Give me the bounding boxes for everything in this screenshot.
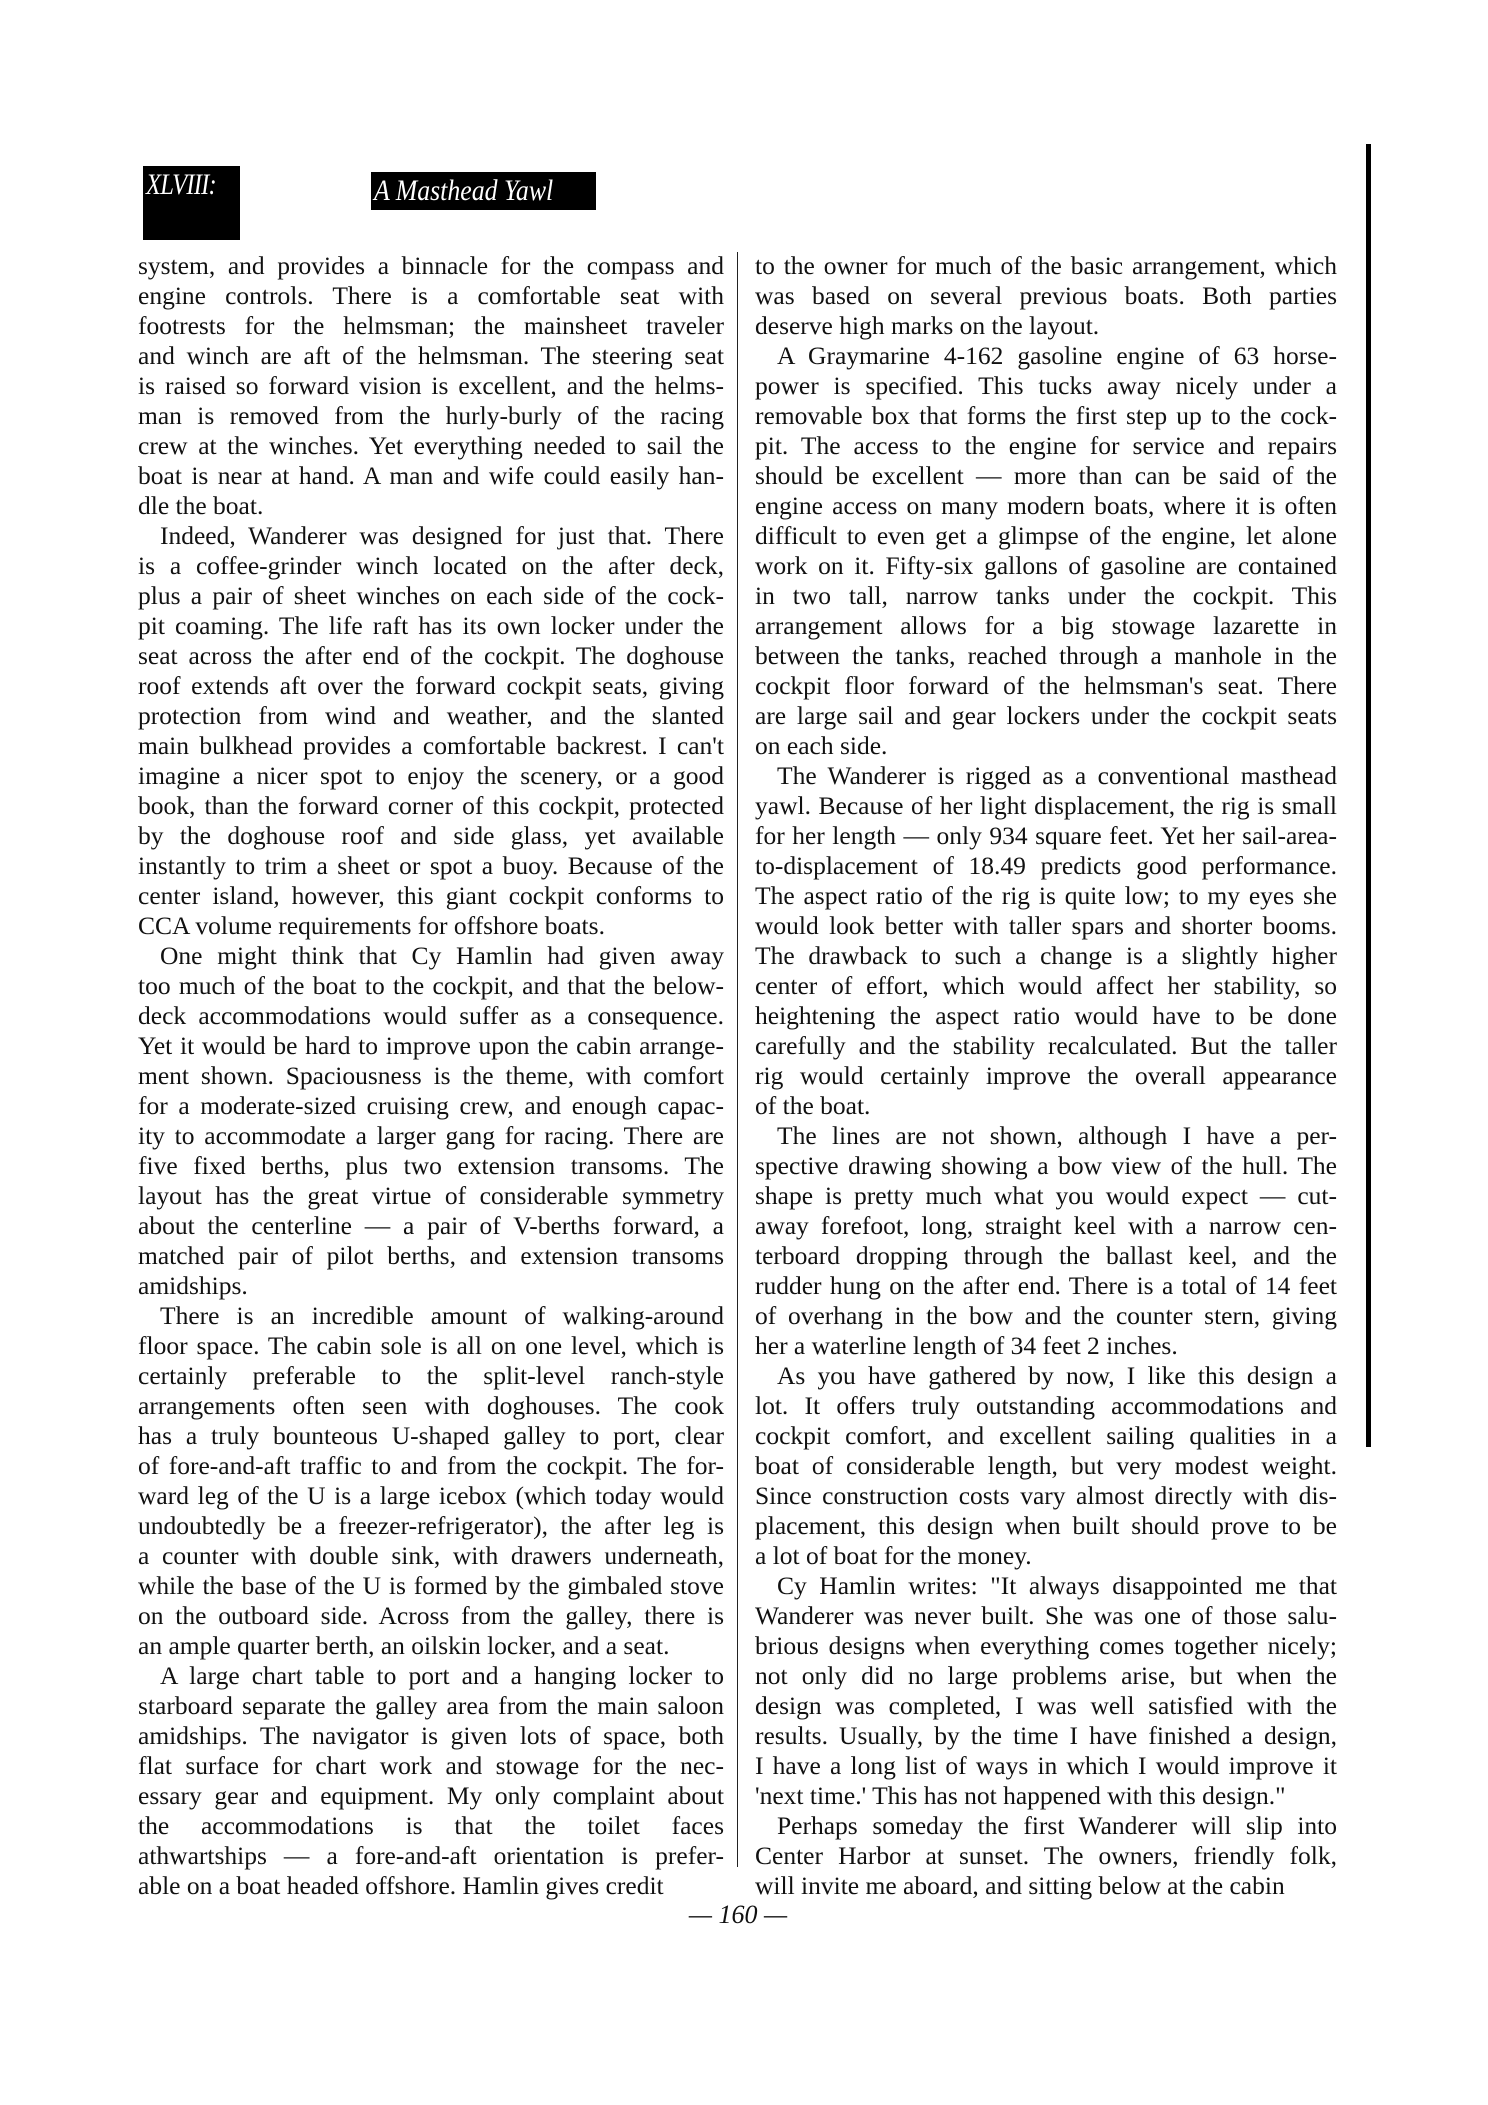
text-line: rudder hung on the after end. There is a… xyxy=(755,1271,1337,1301)
text-line: engine controls. There is a comfortable … xyxy=(138,281,724,311)
text-line: a lot of boat for the money. xyxy=(755,1541,1337,1571)
text-line: protection from wind and weather, and th… xyxy=(138,701,724,731)
text-line: main bulkhead provides a comfortable bac… xyxy=(138,731,724,761)
text-line: difficult to even get a glimpse of the e… xyxy=(755,521,1337,551)
chapter-number: XLVIII: xyxy=(146,168,216,202)
text-line: The Wanderer is rigged as a conventional… xyxy=(755,761,1337,791)
text-line: system, and provides a binnacle for the … xyxy=(138,251,724,281)
text-line: would look better with taller spars and … xyxy=(755,911,1337,941)
text-line: Yet it would be hard to improve upon the… xyxy=(138,1031,724,1061)
text-line: of overhang in the bow and the counter s… xyxy=(755,1301,1337,1331)
text-line: The aspect ratio of the rig is quite low… xyxy=(755,881,1337,911)
text-line: while the base of the U is formed by the… xyxy=(138,1571,724,1601)
text-line: Perhaps someday the first Wanderer will … xyxy=(755,1811,1337,1841)
text-line: deck accommodations would suffer as a co… xyxy=(138,1001,724,1031)
text-line: layout has the great virtue of considera… xyxy=(138,1181,724,1211)
text-line: able on a boat headed offshore. Hamlin g… xyxy=(138,1871,724,1901)
text-line: certainly preferable to the split-level … xyxy=(138,1361,724,1391)
chapter-number-box: XLVIII: xyxy=(143,166,240,240)
text-line: for her length — only 934 square feet. Y… xyxy=(755,821,1337,851)
text-line: brious designs when everything comes tog… xyxy=(755,1631,1337,1661)
text-line: terboard dropping through the ballast ke… xyxy=(755,1241,1337,1271)
text-line: center of effort, which would affect her… xyxy=(755,971,1337,1001)
text-line: on each side. xyxy=(755,731,1337,761)
text-line: athwartships — a fore-and-aft orientatio… xyxy=(138,1841,724,1871)
text-line: to-displacement of 18.49 predicts good p… xyxy=(755,851,1337,881)
text-line: A large chart table to port and a hangin… xyxy=(138,1661,724,1691)
text-line: seat across the after end of the cockpit… xyxy=(138,641,724,671)
text-line: is a coffee-grinder winch located on the… xyxy=(138,551,724,581)
text-line: about the centerline — a pair of V-berth… xyxy=(138,1211,724,1241)
text-line: shape is pretty much what you would expe… xyxy=(755,1181,1337,1211)
text-line: has a truly bounteous U-shaped galley to… xyxy=(138,1421,724,1451)
text-line: man is removed from the hurly-burly of t… xyxy=(138,401,724,431)
text-line: ity to accommodate a larger gang for rac… xyxy=(138,1121,724,1151)
text-line: CCA volume requirements for offshore boa… xyxy=(138,911,724,941)
text-line: roof extends aft over the forward cockpi… xyxy=(138,671,724,701)
text-line: power is specified. This tucks away nice… xyxy=(755,371,1337,401)
text-line: will invite me aboard, and sitting below… xyxy=(755,1871,1337,1901)
text-line: Wanderer was never built. She was one of… xyxy=(755,1601,1337,1631)
text-line: yawl. Because of her light displacement,… xyxy=(755,791,1337,821)
text-line: was based on several previous boats. Bot… xyxy=(755,281,1337,311)
text-line: center island, however, this giant cockp… xyxy=(138,881,724,911)
text-line: crew at the winches. Yet everything need… xyxy=(138,431,724,461)
text-line: cockpit comfort, and excellent sailing q… xyxy=(755,1421,1337,1451)
text-line: dle the boat. xyxy=(138,491,724,521)
text-line: As you have gathered by now, I like this… xyxy=(755,1361,1337,1391)
text-line: for a moderate-sized cruising crew, and … xyxy=(138,1091,724,1121)
text-line: A Graymarine 4-162 gasoline engine of 63… xyxy=(755,341,1337,371)
text-line: spective drawing showing a bow view of t… xyxy=(755,1151,1337,1181)
text-line: her a waterline length of 34 feet 2 inch… xyxy=(755,1331,1337,1361)
text-line: away forefoot, long, straight keel with … xyxy=(755,1211,1337,1241)
text-line: placement, this design when built should… xyxy=(755,1511,1337,1541)
text-line: of fore-and-aft traffic to and from the … xyxy=(138,1451,724,1481)
text-line: cockpit floor forward of the helmsman's … xyxy=(755,671,1337,701)
text-line: One might think that Cy Hamlin had given… xyxy=(138,941,724,971)
text-line: undoubtedly be a freezer-refrigerator), … xyxy=(138,1511,724,1541)
text-line: Indeed, Wanderer was designed for just t… xyxy=(138,521,724,551)
text-line: pit coaming. The life raft has its own l… xyxy=(138,611,724,641)
text-line: floor space. The cabin sole is all on on… xyxy=(138,1331,724,1361)
text-line: a counter with double sink, with drawers… xyxy=(138,1541,724,1571)
text-line: engine access on many modern boats, wher… xyxy=(755,491,1337,521)
text-line: arrangements often seen with doghouses. … xyxy=(138,1391,724,1421)
left-column: system, and provides a binnacle for the … xyxy=(138,251,724,1901)
text-line: plus a pair of sheet winches on each sid… xyxy=(138,581,724,611)
text-line: ment shown. Spaciousness is the theme, w… xyxy=(138,1061,724,1091)
text-line: carefully and the stability recalculated… xyxy=(755,1031,1337,1061)
text-line: deserve high marks on the layout. xyxy=(755,311,1337,341)
text-line: starboard separate the galley area from … xyxy=(138,1691,724,1721)
text-line: rig would certainly improve the overall … xyxy=(755,1061,1337,1091)
text-line: pit. The access to the engine for servic… xyxy=(755,431,1337,461)
text-line: to the owner for much of the basic arran… xyxy=(755,251,1337,281)
text-line: the accommodations is that the toilet fa… xyxy=(138,1811,724,1841)
text-line: amidships. xyxy=(138,1271,724,1301)
text-line: an ample quarter berth, an oilskin locke… xyxy=(138,1631,724,1661)
text-line: instantly to trim a sheet or spot a buoy… xyxy=(138,851,724,881)
text-line: too much of the boat to the cockpit, and… xyxy=(138,971,724,1001)
text-line: boat is near at hand. A man and wife cou… xyxy=(138,461,724,491)
text-line: work on it. Fifty-six gallons of gasolin… xyxy=(755,551,1337,581)
text-line: five fixed berths, plus two extension tr… xyxy=(138,1151,724,1181)
text-line: I have a long list of ways in which I wo… xyxy=(755,1751,1337,1781)
column-divider xyxy=(737,252,738,1867)
page-edge-bar xyxy=(1366,144,1371,1447)
text-line: 'next time.' This has not happened with … xyxy=(755,1781,1337,1811)
text-line: of the boat. xyxy=(755,1091,1337,1121)
text-line: Cy Hamlin writes: "It always disappointe… xyxy=(755,1571,1337,1601)
text-line: arrangement allows for a big stowage laz… xyxy=(755,611,1337,641)
text-line: on the outboard side. Across from the ga… xyxy=(138,1601,724,1631)
text-line: results. Usually, by the time I have fin… xyxy=(755,1721,1337,1751)
text-line: footrests for the helmsman; the mainshee… xyxy=(138,311,724,341)
text-line: removable box that forms the first step … xyxy=(755,401,1337,431)
text-line: by the doghouse roof and side glass, yet… xyxy=(138,821,724,851)
text-line: in two tall, narrow tanks under the cock… xyxy=(755,581,1337,611)
text-line: The drawback to such a change is a sligh… xyxy=(755,941,1337,971)
text-line: between the tanks, reached through a man… xyxy=(755,641,1337,671)
text-line: The lines are not shown, although I have… xyxy=(755,1121,1337,1151)
text-line: ward leg of the U is a large icebox (whi… xyxy=(138,1481,724,1511)
text-line: is raised so forward vision is excellent… xyxy=(138,371,724,401)
text-line: boat of considerable length, but very mo… xyxy=(755,1451,1337,1481)
text-line: book, than the forward corner of this co… xyxy=(138,791,724,821)
text-line: matched pair of pilot berths, and extens… xyxy=(138,1241,724,1271)
text-line: amidships. The navigator is given lots o… xyxy=(138,1721,724,1751)
text-line: essary gear and equipment. My only compl… xyxy=(138,1781,724,1811)
text-line: There is an incredible amount of walking… xyxy=(138,1301,724,1331)
text-line: are large sail and gear lockers under th… xyxy=(755,701,1337,731)
text-line: not only did no large problems arise, bu… xyxy=(755,1661,1337,1691)
text-line: Since construction costs vary almost dir… xyxy=(755,1481,1337,1511)
text-line: design was completed, I was well satisfi… xyxy=(755,1691,1337,1721)
text-line: lot. It offers truly outstanding accommo… xyxy=(755,1391,1337,1421)
text-line: should be excellent — more than can be s… xyxy=(755,461,1337,491)
text-line: heightening the aspect ratio would have … xyxy=(755,1001,1337,1031)
right-column: to the owner for much of the basic arran… xyxy=(755,251,1337,1901)
text-line: Center Harbor at sunset. The owners, fri… xyxy=(755,1841,1337,1871)
chapter-title: A Masthead Yawl xyxy=(374,173,553,209)
chapter-title-box: A Masthead Yawl xyxy=(371,172,596,210)
text-line: and winch are aft of the helmsman. The s… xyxy=(138,341,724,371)
text-line: flat surface for chart work and stowage … xyxy=(138,1751,724,1781)
page-number: — 160 — xyxy=(0,1900,1476,1930)
text-line: imagine a nicer spot to enjoy the scener… xyxy=(138,761,724,791)
